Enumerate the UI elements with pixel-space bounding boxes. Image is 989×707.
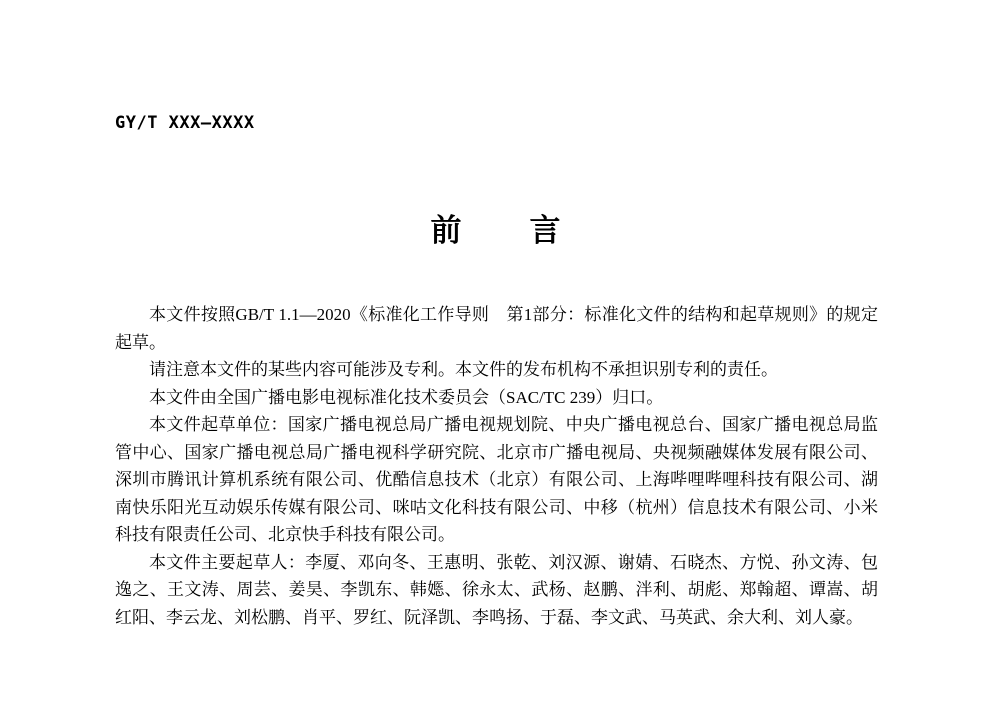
document-body: 本文件按照GB/T 1.1—2020《标准化工作导则 第1部分：标准化文件的结构…	[115, 301, 878, 631]
paragraph-drafting-basis: 本文件按照GB/T 1.1—2020《标准化工作导则 第1部分：标准化文件的结构…	[115, 301, 878, 356]
page-title: 前 言	[115, 205, 878, 250]
document-number: GY/T XXX—XXXX	[115, 113, 255, 133]
paragraph-drafters: 本文件主要起草人：李厦、邓向冬、王惠明、张乾、刘汉源、谢婧、石晓杰、方悦、孙文涛…	[115, 549, 878, 632]
paragraph-patent-notice: 请注意本文件的某些内容可能涉及专利。本文件的发布机构不承担识别专利的责任。	[115, 356, 878, 384]
paragraph-committee: 本文件由全国广播电影电视标准化技术委员会（SAC/TC 239）归口。	[115, 384, 878, 412]
paragraph-drafting-organizations: 本文件起草单位：国家广播电视总局广播电视规划院、中央广播电视总台、国家广播电视总…	[115, 411, 878, 549]
document-page: GY/T XXX—XXXX 前 言 本文件按照GB/T 1.1—2020《标准化…	[0, 0, 989, 707]
